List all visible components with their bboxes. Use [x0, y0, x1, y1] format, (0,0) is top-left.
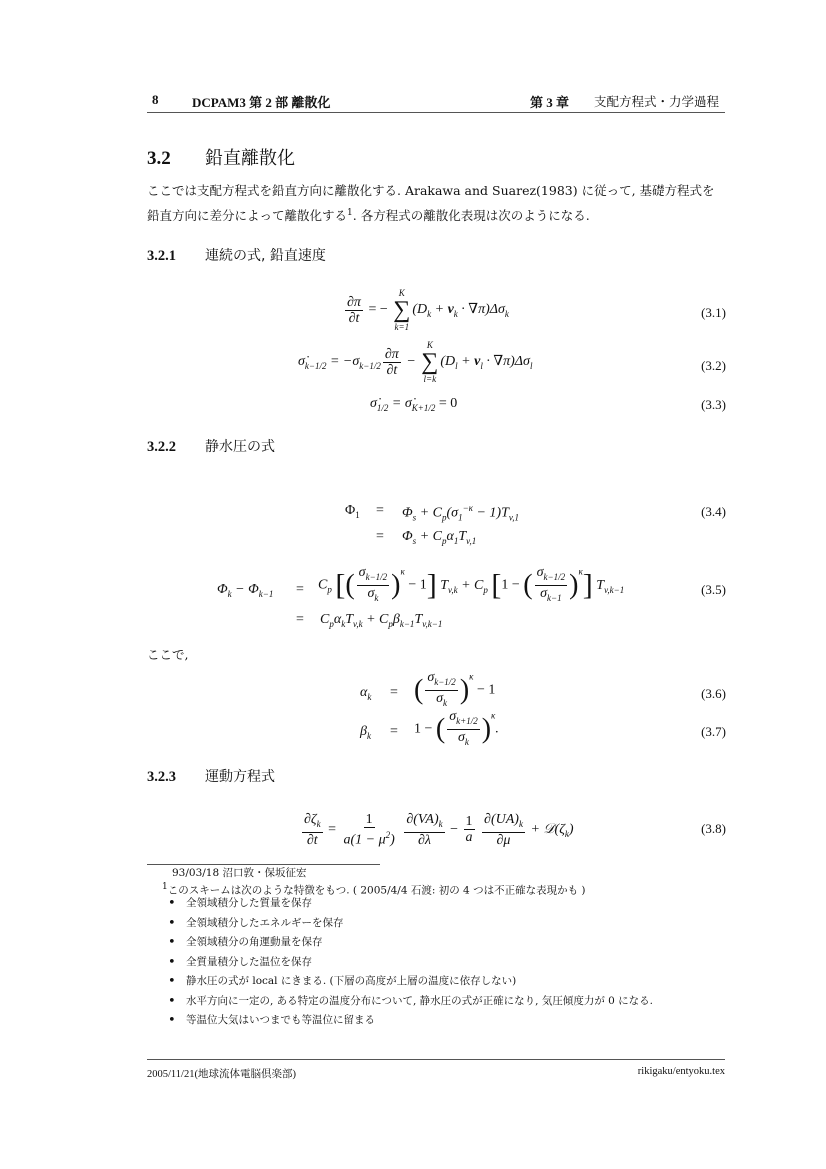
equation-3-5-rhs: Cp [(σk−1/2σk)κ − 1] Tv,k + Cp [1 − (σk−…: [318, 565, 624, 606]
equation-3-8: ∂ζk∂t = 1a(1 − μ2) ∂(VA)k∂λ − 1a ∂(UA)k∂…: [300, 812, 574, 848]
footnote-rule: [147, 864, 380, 865]
list-item: 全質量積分した温位を保存: [168, 953, 653, 973]
equation-3-6-eq: =: [390, 685, 398, 701]
section-title: 鉛直離散化: [205, 148, 295, 169]
equation-number-3-3: (3.3): [701, 397, 726, 413]
intro-line-1: ここでは支配方程式を鉛直方向に離散化する. Arakawa and Suarez…: [147, 180, 727, 202]
intro-line-2: 鉛直方向に差分によって離散化する1. 各方程式の離散化表現は次のようになる.: [147, 202, 727, 227]
running-header-left: DCPAM3 第 2 部 離散化: [192, 92, 330, 111]
list-item: 静水圧の式が local にきまる. (下層の高度が上層の温度に依存しない): [168, 972, 653, 992]
list-item: 全領域積分の角運動量を保存: [168, 933, 653, 953]
equation-3-7-eq: =: [390, 724, 398, 740]
equation-number-3-1: (3.1): [701, 305, 726, 321]
equation-3-7-lhs: βk: [360, 724, 371, 741]
equation-3-5-lhs: Φk − Φk−1: [217, 582, 273, 599]
running-header-chapter: 第 3 章: [530, 92, 569, 111]
header-rule: [147, 112, 725, 113]
equation-number-3-7: (3.7): [701, 724, 726, 740]
section-heading: 3.2鉛直離散化: [147, 144, 295, 170]
equation-3-6-lhs: αk: [360, 685, 371, 702]
where-text: ここで,: [147, 644, 727, 666]
equation-number-3-4: (3.4): [701, 504, 726, 520]
equation-3-6-rhs: (σk−1/2σk)κ − 1: [414, 670, 495, 711]
equation-number-3-8: (3.8): [701, 821, 726, 837]
list-item: 水平方向に一定の, ある特定の温度分布について, 静水圧の式が正確になり, 気圧…: [168, 992, 653, 1012]
footnote-bullet-list: 全領域積分した質量を保存 全領域積分したエネルギーを保存 全領域積分の角運動量を…: [168, 894, 653, 1031]
section-number: 3.2: [147, 148, 205, 170]
equation-3-2: σ̇k−1/2 = −σk−1/2∂π∂t − K∑l=k(Dl + vl · …: [298, 340, 532, 384]
subsection-heading-3-2-2: 3.2.2静水圧の式: [147, 436, 275, 456]
equation-number-3-5: (3.5): [701, 582, 726, 598]
equation-3-3: σ̇1/2 = σ̇K+1/2 = 0: [370, 396, 457, 413]
equation-3-4-eq-2: =: [376, 529, 384, 545]
equation-3-4-eq: =: [376, 503, 384, 519]
equation-number-3-6: (3.6): [701, 686, 726, 702]
equation-3-5-eq-2: =: [296, 612, 304, 628]
equation-3-7-rhs: 1 − (σk+1/2σk)κ.: [414, 709, 499, 750]
footer-rule: [147, 1059, 725, 1060]
equation-3-4-rhs: Φs + Cp(σ1−κ − 1)Tv,1: [402, 503, 519, 522]
equation-3-5-rhs-2: CpαkTv,k + Cpβk−1Tv,k−1: [320, 612, 442, 629]
footer-right: rikigaku/entyoku.tex: [638, 1066, 725, 1077]
subsection-heading-3-2-1: 3.2.1連続の式, 鉛直速度: [147, 245, 326, 265]
list-item: 全領域積分した質量を保存: [168, 894, 653, 914]
running-header-right: 支配方程式・力学過程: [594, 92, 719, 110]
page-number: 8: [152, 92, 159, 108]
equation-3-1: ∂π∂t = − K∑k=1(Dk + vk · ∇π)Δσk: [343, 288, 509, 332]
list-item: 全領域積分したエネルギーを保存: [168, 914, 653, 934]
footer-left: 2005/11/21(地球流体電脳倶楽部): [147, 1066, 296, 1081]
equation-number-3-2: (3.2): [701, 358, 726, 374]
equation-3-5-eq: =: [296, 582, 304, 598]
subsection-heading-3-2-3: 3.2.3運動方程式: [147, 766, 275, 786]
intro-paragraph: ここでは支配方程式を鉛直方向に離散化する. Arakawa and Suarez…: [147, 180, 727, 227]
equation-3-4-rhs-2: Φs + Cpα1Tv,1: [402, 529, 476, 546]
list-item: 等温位大気はいつまでも等温位に留まる: [168, 1011, 653, 1031]
equation-3-4-lhs: Φ1: [345, 503, 360, 520]
footnote-authors: 93/03/18 沼口敦・保坂征宏: [172, 866, 307, 881]
